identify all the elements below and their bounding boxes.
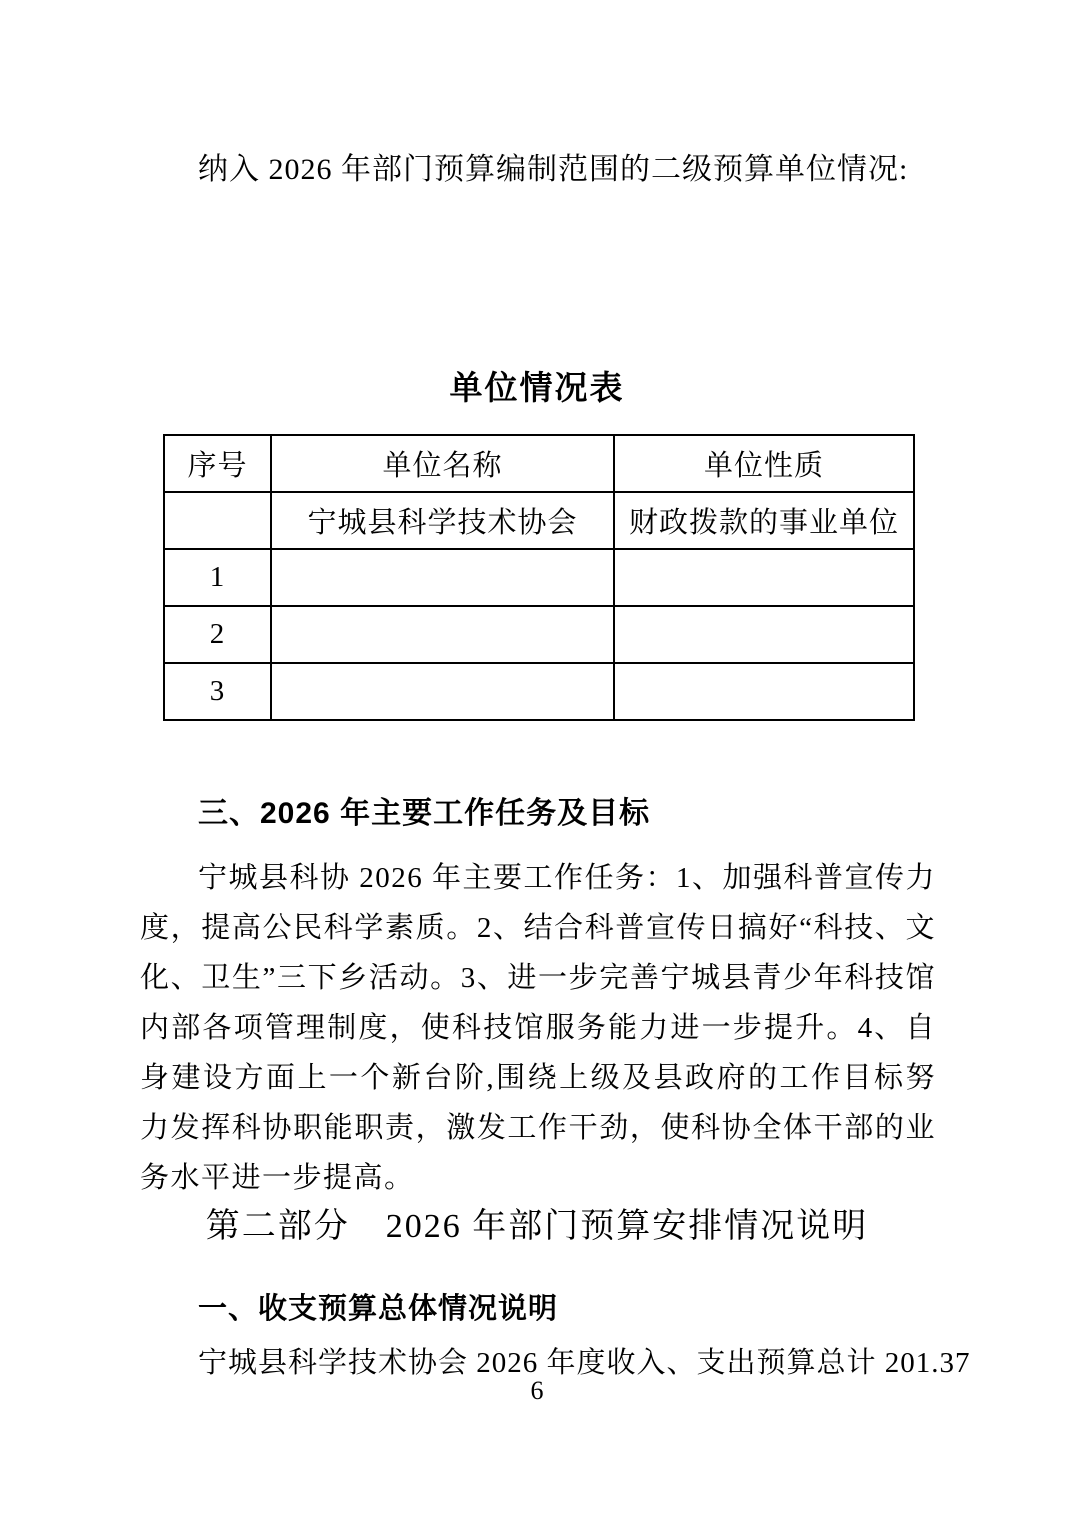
unit-table: 序号 单位名称 单位性质 宁城县科学技术协会 财政拨款的事业单位 1 2	[163, 434, 915, 721]
table-row: 2	[164, 606, 914, 663]
cell-unit-nature: 财政拨款的事业单位	[614, 492, 914, 549]
cell-unit-name	[271, 663, 614, 720]
cell-unit-nature	[614, 549, 914, 606]
table-row: 宁城县科学技术协会 财政拨款的事业单位	[164, 492, 914, 549]
header-cell-unit-nature: 单位性质	[614, 435, 914, 492]
cell-unit-name: 宁城县科学技术协会	[271, 492, 614, 549]
intro-line: 纳入 2026 年部门预算编制范围的二级预算单位情况:	[198, 150, 908, 190]
table-row: 1	[164, 549, 914, 606]
header-cell-index: 序号	[164, 435, 271, 492]
cell-index: 2	[164, 606, 271, 663]
part-two-title: 第二部分 2026 年部门预算安排情况说明	[0, 1198, 1074, 1247]
cell-unit-name	[271, 549, 614, 606]
cell-unit-nature	[614, 663, 914, 720]
section-three-heading: 三、2026 年主要工作任务及目标	[198, 788, 650, 832]
cell-index	[164, 492, 271, 549]
header-cell-unit-name: 单位名称	[271, 435, 614, 492]
table-row: 3	[164, 663, 914, 720]
page-number: 6	[0, 1376, 1074, 1406]
cell-index: 1	[164, 549, 271, 606]
unit-table-title: 单位情况表	[0, 362, 1074, 409]
cell-unit-name	[271, 606, 614, 663]
cell-index: 3	[164, 663, 271, 720]
cell-unit-nature	[614, 606, 914, 663]
table-header-row: 序号 单位名称 单位性质	[164, 435, 914, 492]
section-three-paragraph: 宁城县科协 2026 年主要工作任务：1、加强科普宣传力度，提高公民科学素质。2…	[140, 853, 936, 1203]
budget-total-line: 宁城县科学技术协会 2026 年度收入、支出预算总计 201.37	[198, 1340, 971, 1381]
document-page: 纳入 2026 年部门预算编制范围的二级预算单位情况: 单位情况表 序号 单位名…	[0, 0, 1074, 1520]
subsection-one-heading: 一、收支预算总体情况说明	[198, 1286, 558, 1327]
